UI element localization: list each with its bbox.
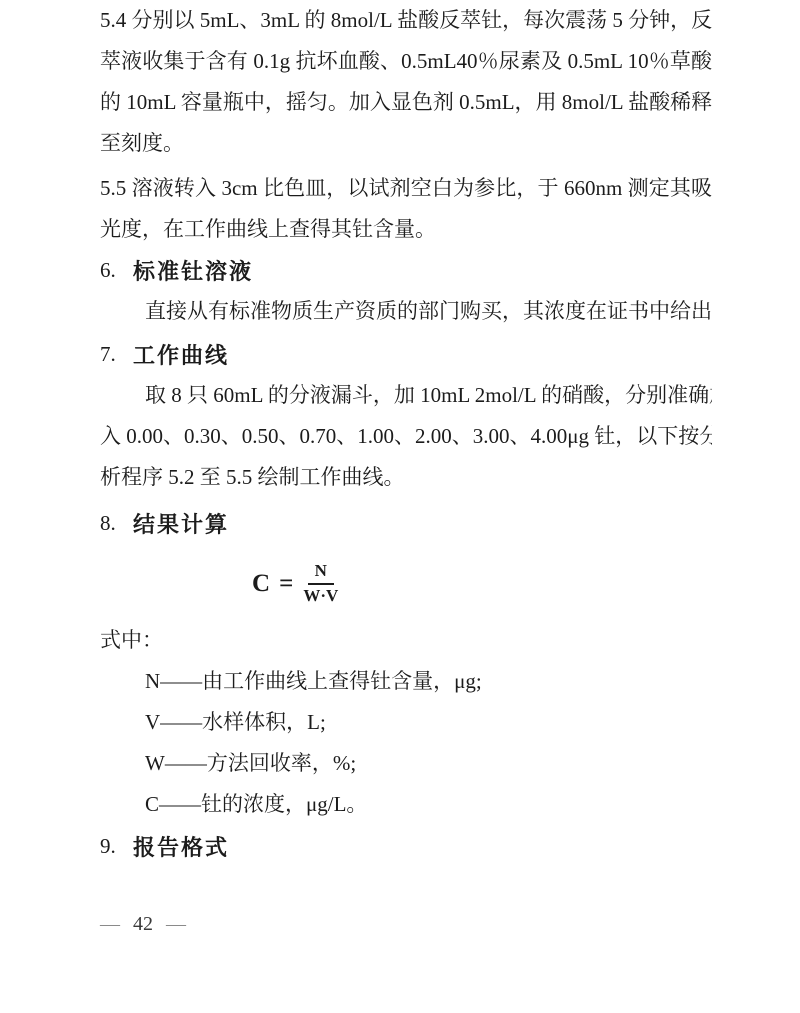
definition-item: C——钍的浓度，μg/L。 — [100, 784, 712, 825]
heading-title: 标准钍溶液 — [133, 255, 253, 286]
footer-dash-right: — — [166, 913, 186, 936]
fraction: N W·V — [303, 562, 338, 605]
heading-number: 7. — [100, 342, 133, 367]
definition-item: V——水样体积，L; — [100, 702, 712, 743]
document-page: 5.4 分别以 5mL、3mL 的 8mol/L 盐酸反萃钍，每次震荡 5 分钟… — [0, 0, 800, 1013]
definition-item: W——方法回收率，%; — [100, 743, 712, 784]
section-heading-9: 9. 报告格式 — [100, 826, 712, 867]
heading-number: 8. — [100, 511, 133, 536]
paragraph-6: 直接从有标准物质生产资质的部门购买，其浓度在证书中给出。 — [100, 291, 712, 332]
text-line: 析程序 5.2 至 5.5 绘制工作曲线。 — [100, 457, 712, 498]
heading-title: 工作曲线 — [133, 339, 229, 370]
footer-dash-left: — — [100, 913, 120, 936]
fraction-denominator: W·V — [303, 585, 338, 606]
text-line: 5.5 溶液转入 3cm 比色皿，以试剂空白为参比，于 660nm 测定其吸 — [100, 168, 712, 209]
section-heading-6: 6. 标准钍溶液 — [100, 250, 712, 291]
paragraph-5-4: 5.4 分别以 5mL、3mL 的 8mol/L 盐酸反萃钍，每次震荡 5 分钟… — [100, 0, 712, 164]
text-line: 萃液收集于含有 0.1g 抗坏血酸、0.5mL40％尿素及 0.5mL 10％草… — [100, 41, 712, 82]
text-line: 的 10mL 容量瓶中，摇匀。加入显色剂 0.5mL，用 8mol/L 盐酸稀释 — [100, 82, 712, 123]
paragraph-7: 取 8 只 60mL 的分液漏斗，加 10mL 2mol/L 的硝酸，分别准确加… — [100, 375, 712, 498]
text-line: 入 0.00、0.30、0.50、0.70、1.00、2.00、3.00、4.0… — [100, 416, 712, 457]
equals-sign: = — [279, 570, 293, 598]
section-heading-8: 8. 结果计算 — [100, 503, 712, 544]
definition-list: N——由工作曲线上查得钍含量，μg; V——水样体积，L; W——方法回收率，%… — [100, 661, 712, 825]
text-line: 取 8 只 60mL 的分液漏斗，加 10mL 2mol/L 的硝酸，分别准确加 — [100, 375, 712, 416]
heading-number: 9. — [100, 834, 133, 859]
footer-page-number: 42 — [133, 913, 153, 936]
paragraph-5-5: 5.5 溶液转入 3cm 比色皿，以试剂空白为参比，于 660nm 测定其吸 光… — [100, 168, 712, 250]
where-clause-label: 式中： — [100, 620, 712, 661]
definition-item: N——由工作曲线上查得钍含量，μg; — [100, 661, 712, 702]
heading-title: 报告格式 — [133, 831, 229, 862]
document-content: 5.4 分别以 5mL、3mL 的 8mol/L 盐酸反萃钍，每次震荡 5 分钟… — [100, 0, 712, 867]
section-heading-7: 7. 工作曲线 — [100, 334, 712, 375]
text-line: 至刻度。 — [100, 123, 712, 164]
formula-block: C = N W·V — [100, 556, 712, 612]
heading-title: 结果计算 — [133, 508, 229, 539]
heading-number: 6. — [100, 258, 133, 283]
text-line: 5.4 分别以 5mL、3mL 的 8mol/L 盐酸反萃钍，每次震荡 5 分钟… — [100, 0, 712, 41]
page-footer: — 42 — — [100, 910, 186, 938]
text-line: 光度，在工作曲线上查得其钍含量。 — [100, 209, 712, 250]
fraction-numerator: N — [308, 562, 334, 585]
formula-lhs: C — [252, 570, 270, 598]
